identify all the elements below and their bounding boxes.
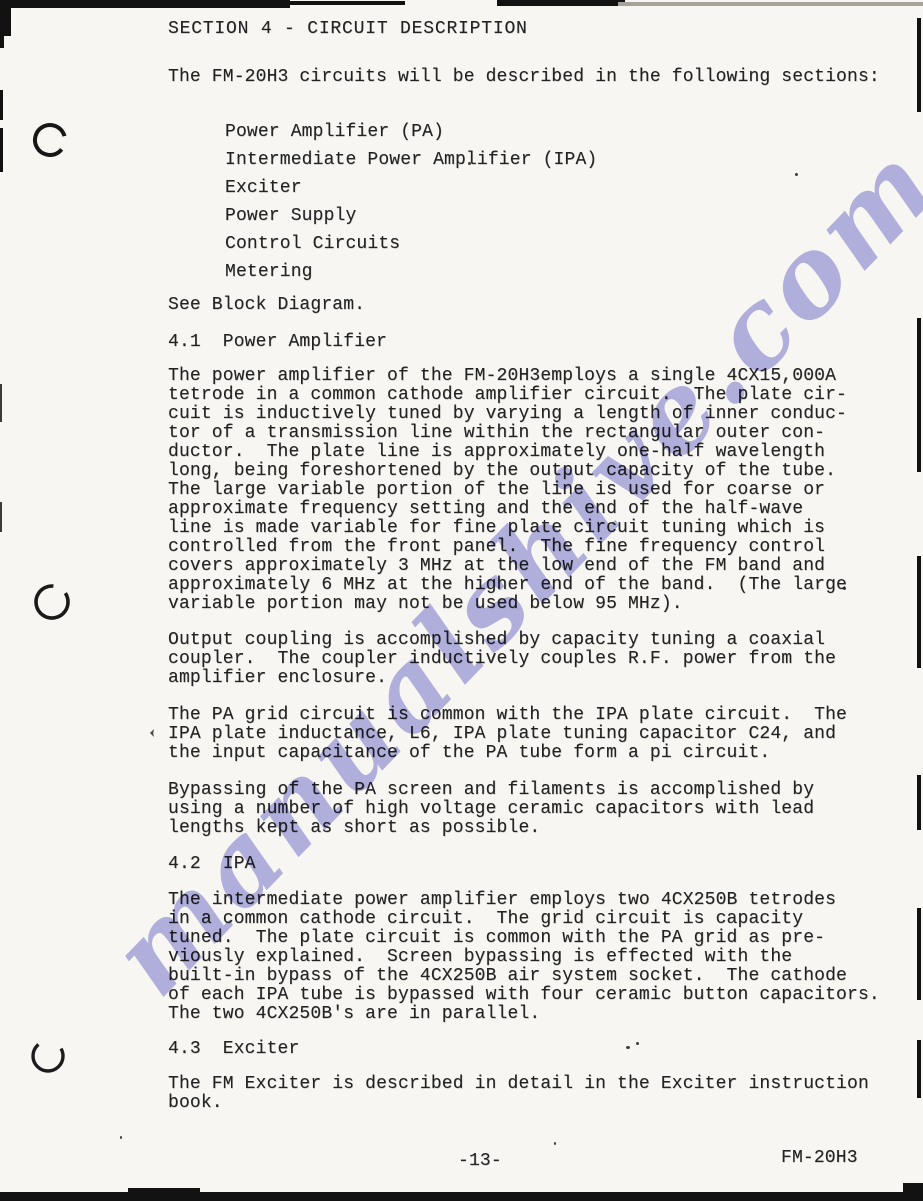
scan-edge-right-dash <box>917 908 921 1000</box>
scan-edge-right-dash <box>917 18 921 112</box>
scanned-manual-page: SECTION 4 - CIRCUIT DESCRIPTION The FM-2… <box>0 0 923 1201</box>
scan-edge-bottom-blob <box>128 1188 200 1196</box>
list-item: Intermediate Power Amplifier (IPA) <box>225 146 597 174</box>
scan-edge-corner-br <box>903 1183 923 1201</box>
scan-edge-left-dash <box>0 384 2 422</box>
scan-speck <box>150 729 154 737</box>
list-item: Power Supply <box>225 202 356 230</box>
list-item: Exciter <box>225 174 302 202</box>
footer-page-number: -13- <box>458 1152 502 1171</box>
scan-speck <box>795 173 798 176</box>
scan-edge-top-blob <box>497 0 625 6</box>
section-4-2-paragraph-1: The intermediate power amplifier employs… <box>168 891 880 1024</box>
scan-speck <box>554 1142 556 1145</box>
list-item: Control Circuits <box>225 230 400 258</box>
section-4-3-paragraph-1: The FM Exciter is described in detail in… <box>168 1075 869 1113</box>
scan-edge-left-dash <box>0 502 2 532</box>
scan-edge-right-dash <box>917 318 921 472</box>
scan-edge-top-mid <box>287 1 405 5</box>
scan-edge-left-dash <box>0 90 3 120</box>
page-title: SECTION 4 - CIRCUIT DESCRIPTION <box>168 20 528 39</box>
section-4-1-paragraph-4: Bypassing of the PA screen and filaments… <box>168 781 814 838</box>
section-4-3-heading: 4.3 Exciter <box>168 1040 299 1059</box>
section-4-1-paragraph-2: Output coupling is accomplished by capac… <box>168 631 836 688</box>
scan-edge-left-dash <box>0 8 4 48</box>
scan-speck <box>120 1136 122 1139</box>
list-item: Metering <box>225 258 313 286</box>
footer-doc-number: FM-20H3 <box>781 1149 858 1168</box>
scan-edge-left-dash <box>0 128 3 172</box>
scan-edge-right-dash <box>917 556 921 668</box>
section-4-1-heading: 4.1 Power Amplifier <box>168 333 387 352</box>
section-4-2-heading: 4.2 IPA <box>168 855 256 874</box>
intro-line: The FM-20H3 circuits will be described i… <box>168 68 880 87</box>
scan-edge-right-dash <box>917 775 921 830</box>
section-4-1-paragraph-3: The PA grid circuit is common with the I… <box>168 706 847 763</box>
list-item: Power Amplifier (PA) <box>225 118 444 146</box>
scan-edge-right-dash <box>917 1040 921 1098</box>
scan-edge-top-right <box>618 2 923 6</box>
hole-punch-middle <box>32 582 72 622</box>
hole-punch-bottom <box>28 1036 68 1076</box>
scan-speck <box>636 1042 639 1045</box>
scan-edge-top-left <box>0 0 290 8</box>
see-block-diagram-note: See Block Diagram. <box>168 296 365 315</box>
section-4-1-paragraph-1: The power amplifier of the FM-20H3employ… <box>168 367 847 614</box>
scan-speck <box>626 1046 630 1049</box>
hole-punch-top <box>30 120 70 160</box>
